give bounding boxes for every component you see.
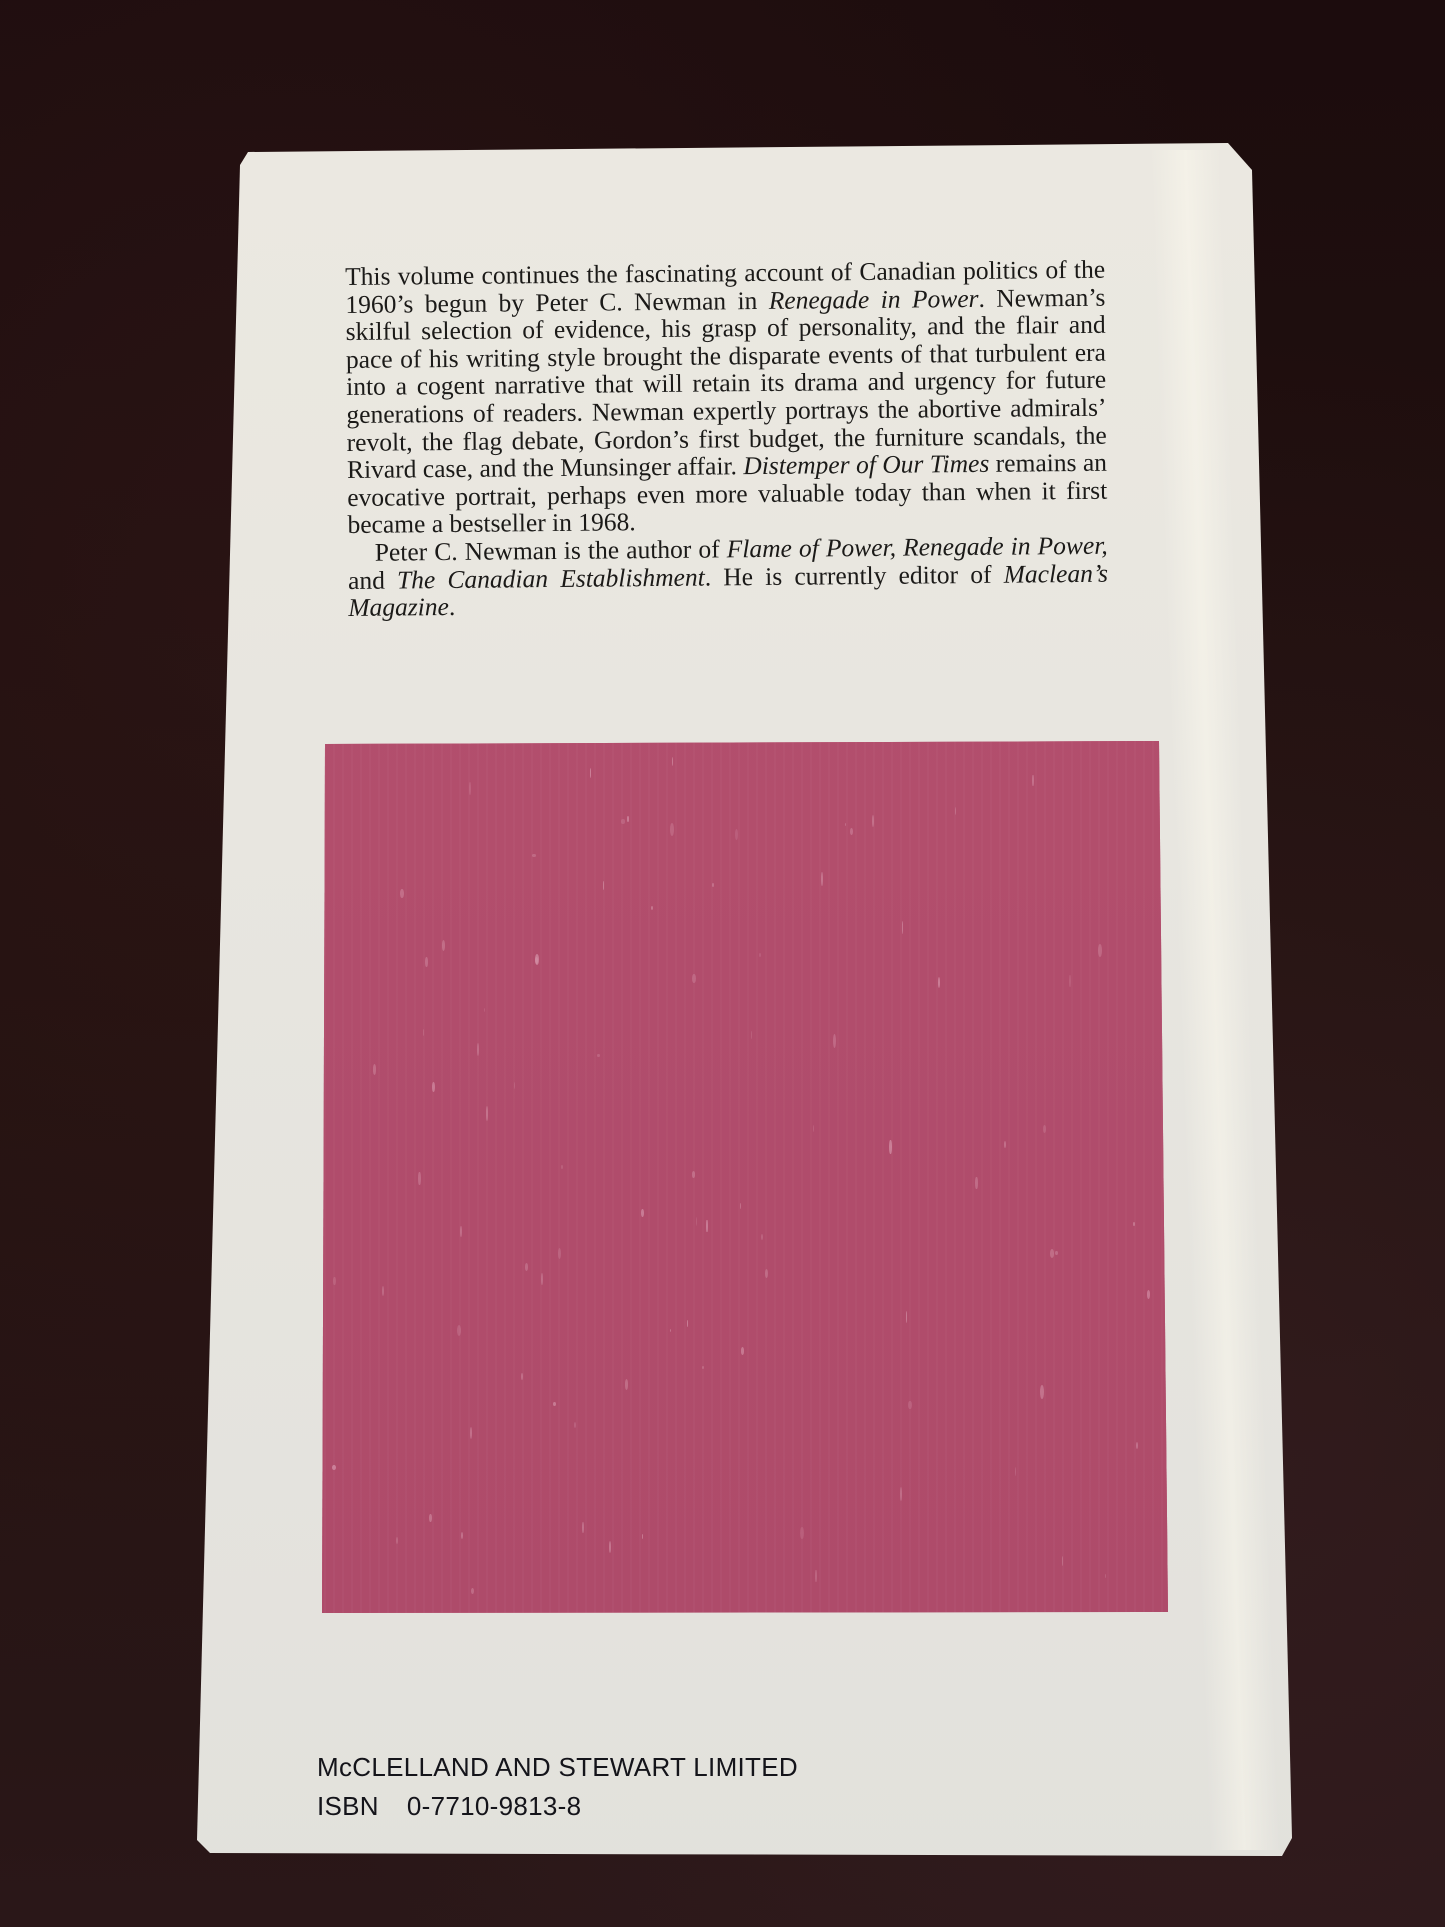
isbn-line: ISBN0-7710-9813-8 — [317, 1787, 798, 1826]
italic-title: Renegade in Power — [769, 284, 979, 315]
isbn-number: 0-7710-9813-8 — [407, 1791, 581, 1821]
publisher-imprint: McCLELLAND AND STEWART LIMITED ISBN0-771… — [317, 1748, 798, 1826]
blurb-paragraph-description: This volume continues the fascinating ac… — [345, 256, 1108, 539]
blurb-text: . He is currently editor of — [705, 559, 1004, 591]
publisher-name: McCLELLAND AND STEWART LIMITED — [317, 1748, 798, 1787]
cover-blurb: This volume continues the fascinating ac… — [345, 256, 1108, 622]
blurb-text: and — [348, 565, 397, 594]
isbn-label: ISBN — [317, 1791, 379, 1821]
italic-title: Distemper of Our Times — [743, 449, 989, 480]
blurb-text: . — [449, 592, 456, 621]
blurb-paragraph-author-bio: Peter C. Newman is the author of Flame o… — [348, 532, 1109, 622]
italic-title: The Canadian Establishment — [397, 562, 705, 594]
